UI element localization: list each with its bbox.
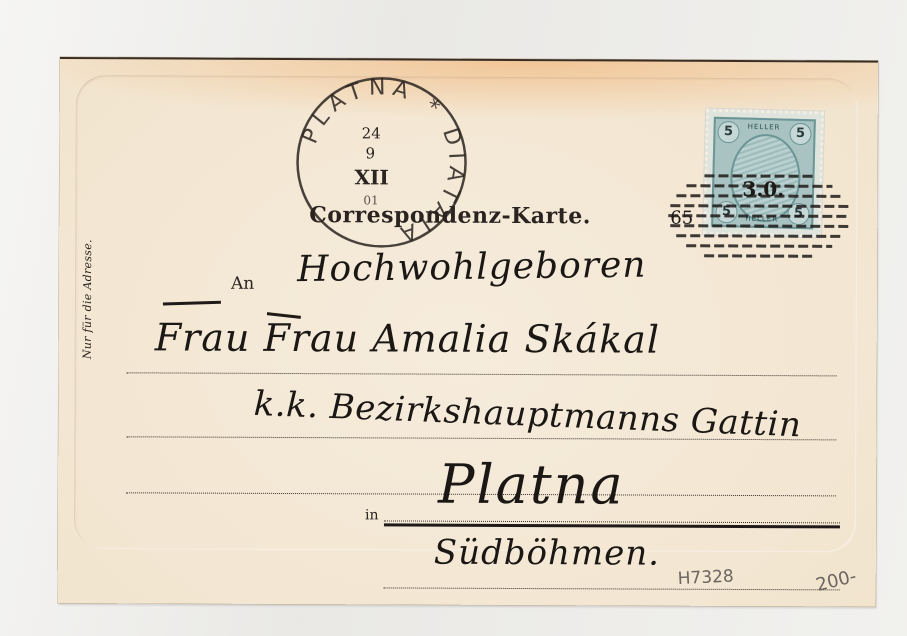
address-prefix: An (231, 274, 254, 294)
handwritten-region: Südböhmen. (434, 533, 660, 574)
postmark-day: 24 (362, 124, 381, 142)
stamp-currency-top: HELLER (748, 123, 781, 132)
pencil-catalog-number: H7328 (677, 566, 734, 589)
region-line (384, 587, 840, 590)
card-title: Correspondenz-Karte. (309, 202, 591, 229)
handwritten-salutation: Hochwohlgeboren (297, 245, 647, 291)
barred-cancellation: 3.0. 65 (664, 170, 854, 271)
pencil-price: 200- (814, 566, 859, 596)
location-prefix: in (365, 507, 379, 523)
cancel-number: 65 (670, 208, 693, 229)
postmark-month: 9 (366, 144, 376, 162)
postcard: Nur für die Adresse. PLATNA * DIATAIA 24… (58, 57, 878, 607)
cancel-number: 3.0. (742, 177, 784, 201)
stamp-denomination: 5 (789, 123, 812, 146)
handwritten-city: Platna (438, 453, 625, 517)
stamp-denomination: 5 (717, 121, 740, 144)
handwritten-recipient: Frau Frau Amalia Skákal (155, 315, 660, 361)
vertical-note: Nur für die Adresse. (81, 239, 95, 359)
postmark-roman: XII (354, 165, 388, 189)
